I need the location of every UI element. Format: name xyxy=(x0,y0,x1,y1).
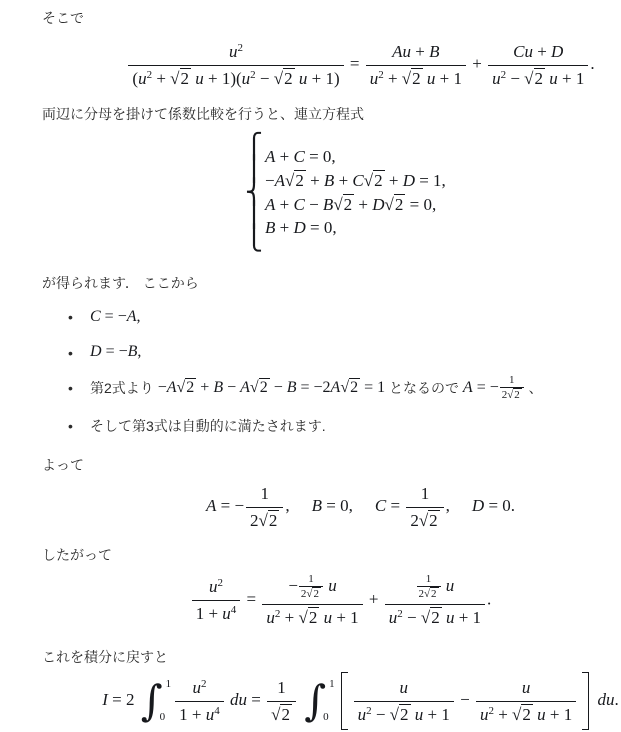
math-decomposition: u21 + u4 = −12√2 uu2 + √2 u + 1 + 12√2 u… xyxy=(190,573,492,628)
equation-system: ⎧ ⎪ ⎨ ⎪ ⎩ A + C = 0, −A√2 + B + C√2 + D … xyxy=(245,135,621,250)
bullet-item-3: • 第2式より −A√2 + B − A√2 − B = −2A√2 = 1 と… xyxy=(68,374,621,402)
paragraph-intro: そこで xyxy=(42,0,621,27)
math-a-value: A = −12√2 xyxy=(463,374,525,402)
math-coefficients: A = −12√2,B = 0,C = 12√2,D = 0. xyxy=(206,484,515,530)
system-equation-4: B + D = 0, xyxy=(265,218,446,238)
cases-brace-piece: ⎩ xyxy=(245,227,263,250)
document-page: そこで u2(u2 + √2 u + 1)(u2 − √2 u + 1) = A… xyxy=(0,0,621,730)
system-equation-1: A + C = 0, xyxy=(265,147,446,167)
equation-coefficients: A = −12√2,B = 0,C = 12√2,D = 0. xyxy=(100,484,621,530)
bullet-list: • C = −A, • D = −B, • 第2式より −A√2 + B − A… xyxy=(0,308,621,436)
paragraph-obtained: が得られます． ここから xyxy=(42,274,621,292)
equation-decomposition: u21 + u4 = −12√2 uu2 + √2 u + 1 + 12√2 u… xyxy=(60,570,621,630)
math-d-equals: D = −B, xyxy=(90,343,141,361)
bullet-icon: • xyxy=(68,345,90,361)
bullet-item-2: • D = −B, xyxy=(68,343,621,361)
paragraph-yotte: よって xyxy=(42,456,621,474)
paragraph-shitagatte: したがって xyxy=(42,546,621,564)
math-partial-fraction: u2(u2 + √2 u + 1)(u2 − √2 u + 1) = Au + … xyxy=(126,42,594,88)
system-equation-3: A + C − B√2 + D√2 = 0, xyxy=(265,195,446,215)
equation-integral: I = 2 ∫10u21 + u4 du = 1√2 ∫10uu2 − √2 u… xyxy=(100,672,621,730)
math-c-equals: C = −A, xyxy=(90,308,141,326)
math-integral: I = 2 ∫10u21 + u4 du = 1√2 ∫10uu2 − √2 u… xyxy=(102,672,618,730)
bullet-icon: • xyxy=(68,380,90,396)
math-second-equation: −A√2 + B − A√2 − B = −2A√2 = 1 xyxy=(158,379,385,397)
system-equation-2: −A√2 + B + C√2 + D = 1, xyxy=(265,171,446,191)
cases-brace: ⎧ ⎪ ⎨ ⎪ ⎩ xyxy=(245,135,263,250)
bullet-item-1: • C = −A, xyxy=(68,308,621,326)
bullet3-middle-text: となるので xyxy=(385,378,463,398)
bullet-icon: • xyxy=(68,418,90,434)
paragraph-multiply-denominators: 両辺に分母を掛けて係数比較を行うと、連立方程式 xyxy=(42,105,621,123)
bullet3-prefix-text: 第2式より xyxy=(90,378,158,398)
bullet3-suffix-text: 、 xyxy=(525,378,543,398)
bullet-icon: • xyxy=(68,309,90,325)
equation-partial-fraction: u2(u2 + √2 u + 1)(u2 − √2 u + 1) = Au + … xyxy=(100,41,621,89)
paragraph-back-to-integral: これを積分に戻すと xyxy=(42,648,621,666)
cases-body: A + C = 0, −A√2 + B + C√2 + D = 1, A + C… xyxy=(265,143,446,241)
bullet4-text: そして第3式は自動的に満たされます. xyxy=(90,416,326,436)
bullet-item-4: • そして第3式は自動的に満たされます. xyxy=(68,416,621,436)
